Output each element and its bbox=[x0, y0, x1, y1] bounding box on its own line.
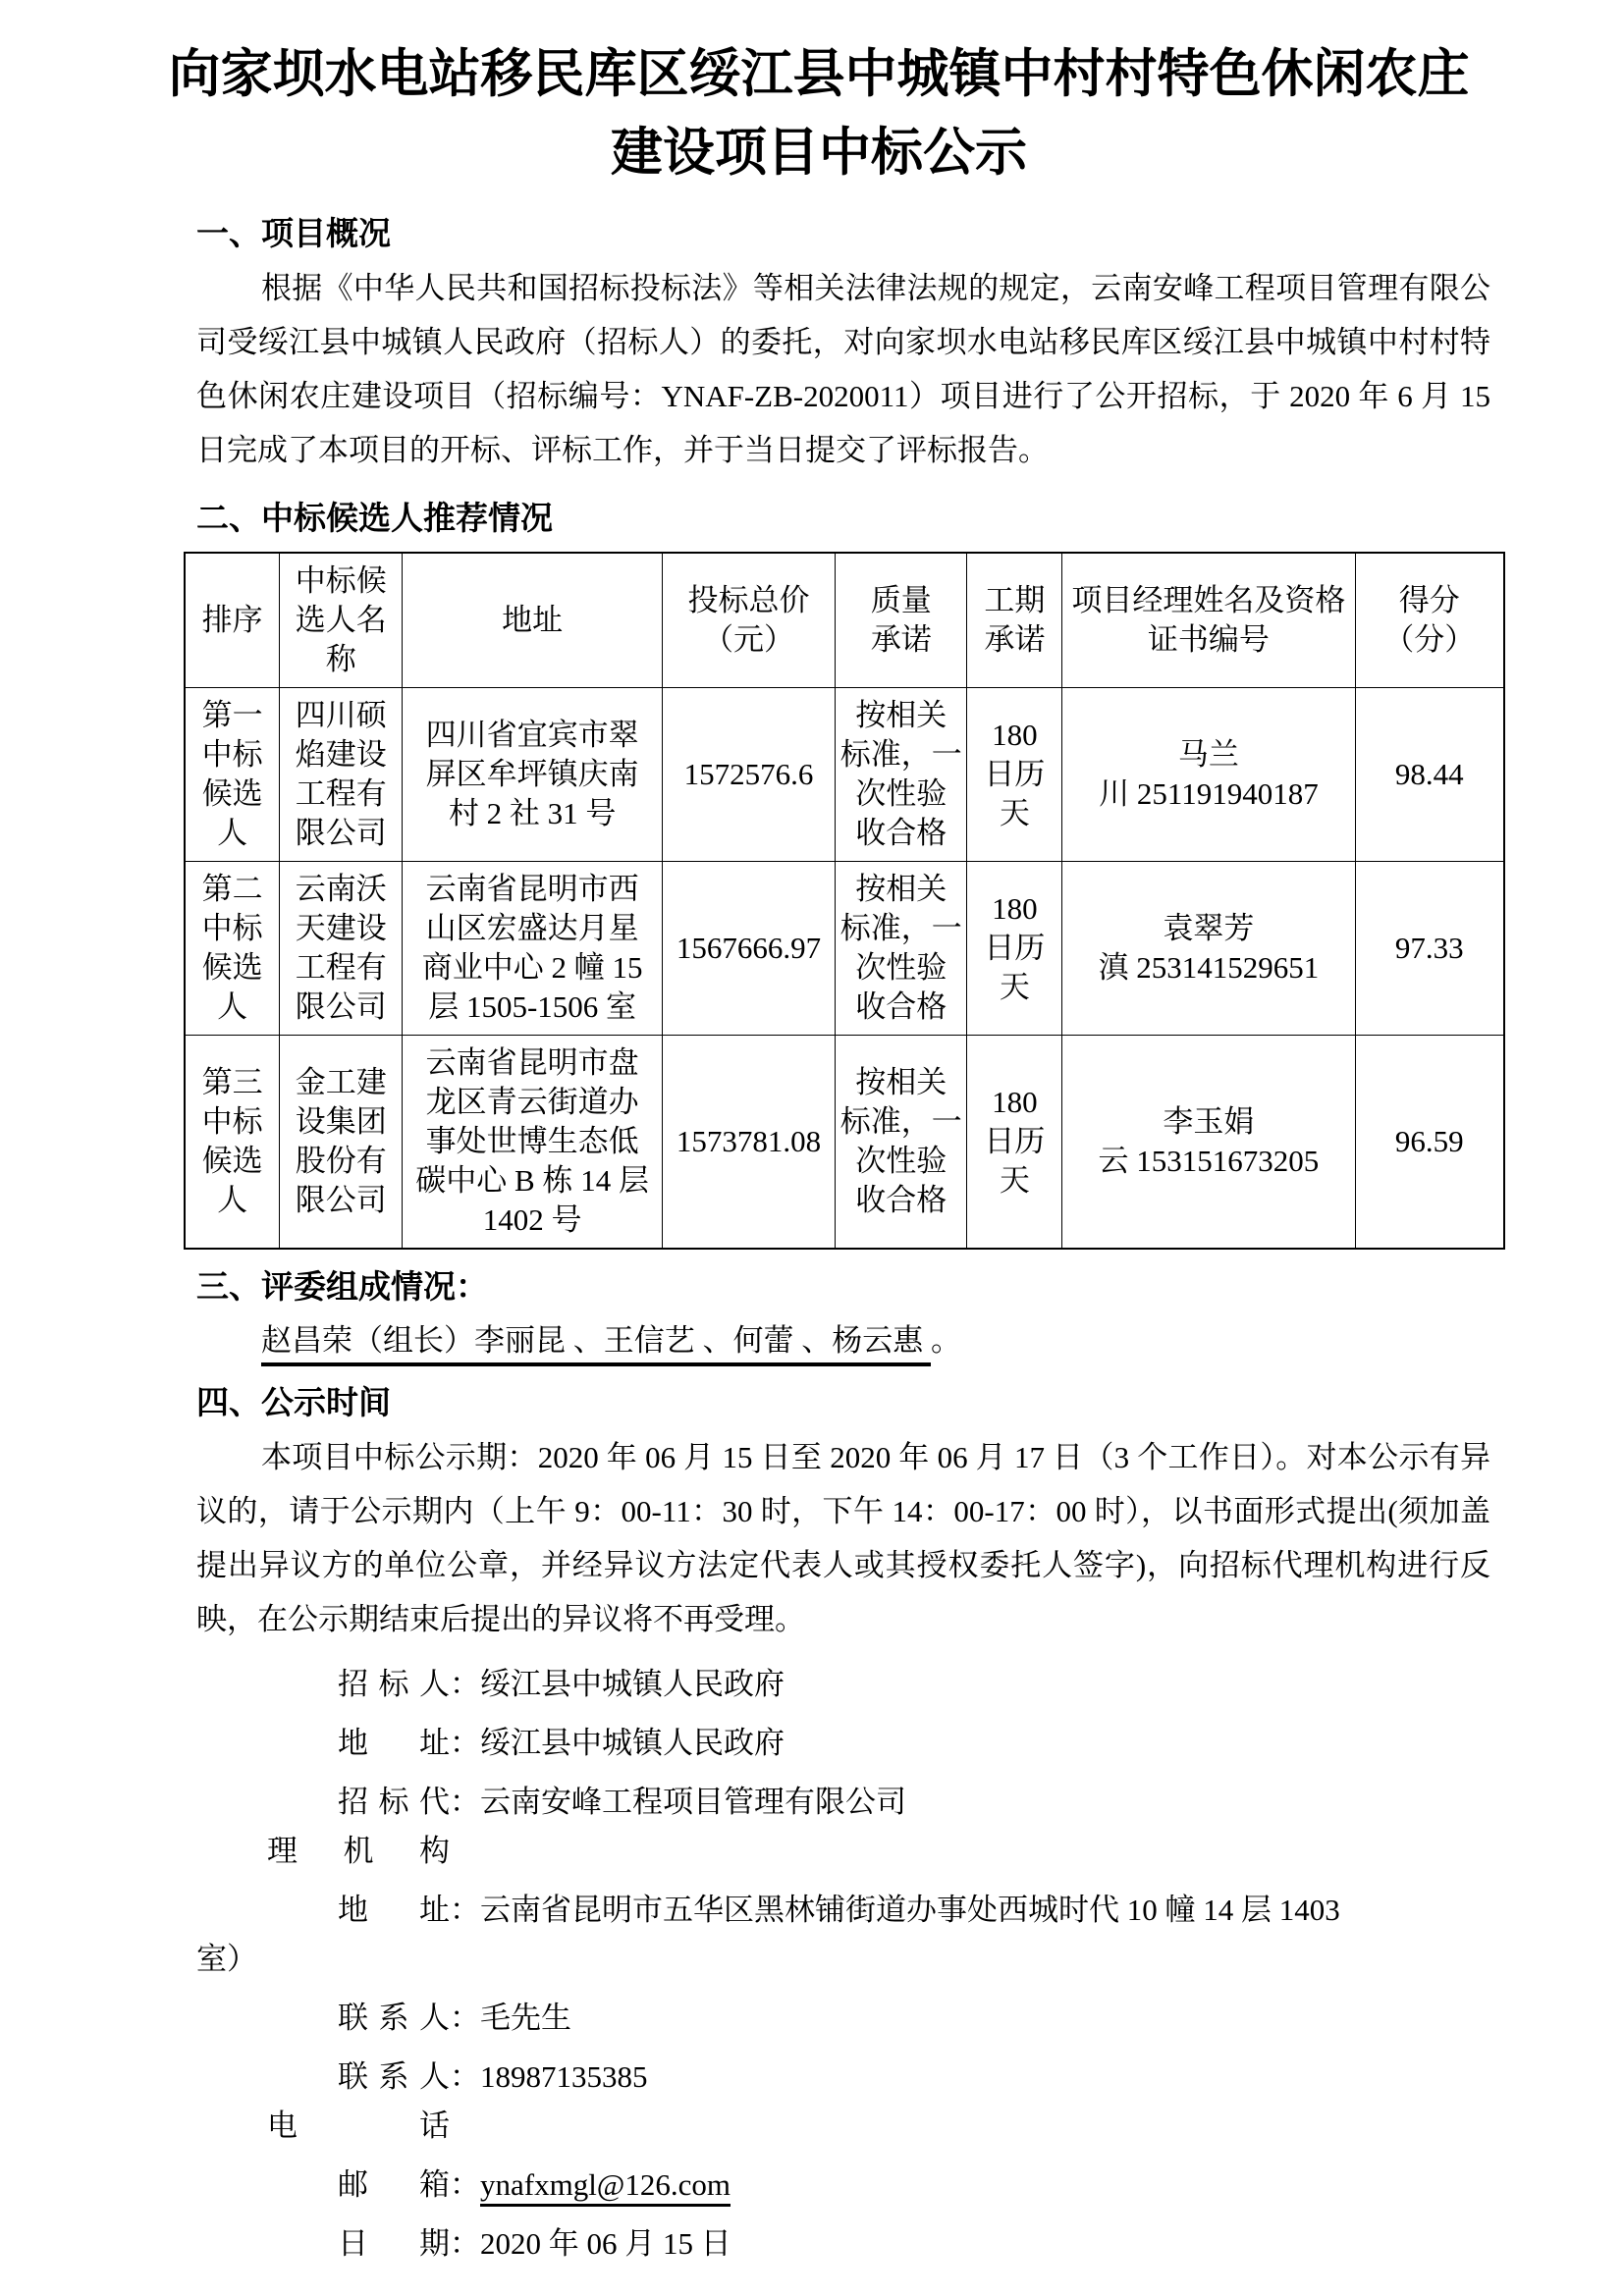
cell-duration: 180 日历 天 bbox=[967, 688, 1062, 862]
section1-heading: 一、项目概况 bbox=[196, 214, 1490, 253]
contact-line-phone: 联系人电话：18987135385 bbox=[196, 2053, 1490, 2151]
document-page: 向家坝水电站移民库区绥江县中城镇中村村特色休闲农庄 建设项目中标公示 一、项目概… bbox=[0, 0, 1624, 2296]
cell-rank: 第三 中标 候选 人 bbox=[185, 1036, 280, 1250]
contact-line-bidder: 招标人：绥江县中城镇人民政府 bbox=[196, 1660, 1490, 1709]
contact-label: 地址 bbox=[267, 1886, 450, 1935]
contact-value-agency: 云南安峰工程项目管理有限公司 bbox=[480, 1785, 906, 1819]
cell-manager: 袁翠芳 滇 253141529651 bbox=[1062, 862, 1355, 1036]
table-header-manager: 项目经理姓名及资格 证书编号 bbox=[1062, 553, 1355, 688]
contact-line-agency: 招标代理机构：云南安峰工程项目管理有限公司 bbox=[196, 1778, 1490, 1876]
section4-paragraph: 本项目中标公示期：2020 年 06 月 15 日至 2020 年 06 月 1… bbox=[196, 1430, 1490, 1646]
title-line-2: 建设项目中标公示 bbox=[147, 114, 1490, 192]
contact-line-person: 联系人：毛先生 bbox=[196, 1994, 1490, 2043]
section3-heading: 三、评委组成情况： bbox=[196, 1267, 1490, 1307]
cell-address: 云南省昆明市盘 龙区青云街道办 事处世博生态低 碳中心 B 栋 14 层 140… bbox=[403, 1036, 663, 1250]
contact-colon: ： bbox=[450, 2167, 480, 2202]
title-line-1: 向家坝水电站移民库区绥江县中城镇中村村特色休闲农庄 bbox=[147, 35, 1490, 114]
section2-heading: 二、中标候选人推荐情况 bbox=[196, 499, 1490, 538]
contact-colon: ： bbox=[450, 2226, 480, 2261]
evaluators-names: 赵昌荣（组长）李丽昆 、王信艺 、何蕾 、杨云惠 bbox=[261, 1323, 931, 1366]
cell-rank: 第一 中标 候选 人 bbox=[185, 688, 280, 862]
cell-quality: 按相关 标准，一 次性验 收合格 bbox=[836, 688, 967, 862]
contact-line-agency-address: 地址：云南省昆明市五华区黑林铺街道办事处西城时代 10 幢 14 层 1403 … bbox=[196, 1886, 1490, 1984]
email-link[interactable]: ynafxmgl@126.com bbox=[480, 2167, 731, 2207]
cell-candidate-name: 四川硕 焰建设 工程有 限公司 bbox=[280, 688, 403, 862]
contact-label: 联系人 bbox=[267, 1994, 450, 2043]
table-row: 第三 中标 候选 人 金工建 设集团 股份有 限公司 云南省昆明市盘 龙区青云街… bbox=[185, 1036, 1504, 1250]
contact-colon: ： bbox=[450, 1785, 480, 1819]
contact-value-date: 2020 年 06 月 15 日 bbox=[480, 2226, 731, 2261]
table-header-rank: 排序 bbox=[185, 553, 280, 688]
table-header-duration: 工期 承诺 bbox=[967, 553, 1062, 688]
contact-label: 邮箱 bbox=[267, 2161, 450, 2210]
cell-quality: 按相关 标准，一 次性验 收合格 bbox=[836, 862, 967, 1036]
contact-colon: ： bbox=[450, 1726, 480, 1760]
cell-duration: 180 日历 天 bbox=[967, 862, 1062, 1036]
cell-address: 云南省昆明市西 山区宏盛达月星 商业中心 2 幢 15 层 1505-1506 … bbox=[403, 862, 663, 1036]
contact-label: 联系人电话 bbox=[267, 2053, 450, 2151]
bid-candidates-table: 排序 中标候 选人名 称 地址 投标总价 （元） 质量 承诺 工期 承诺 项目经… bbox=[184, 552, 1505, 1250]
cell-quality: 按相关 标准，一 次性验 收合格 bbox=[836, 1036, 967, 1250]
cell-manager: 马兰 川 251191940187 bbox=[1062, 688, 1355, 862]
cell-candidate-name: 金工建 设集团 股份有 限公司 bbox=[280, 1036, 403, 1250]
section1-paragraph: 根据《中华人民共和国招标投标法》等相关法律法规的规定，云南安峰工程项目管理有限公… bbox=[196, 261, 1490, 477]
cell-duration: 180 日历 天 bbox=[967, 1036, 1062, 1250]
table-row: 第一 中标 候选 人 四川硕 焰建设 工程有 限公司 四川省宜宾市翠 屏区牟坪镇… bbox=[185, 688, 1504, 862]
cell-candidate-name: 云南沃 天建设 工程有 限公司 bbox=[280, 862, 403, 1036]
contact-colon: ： bbox=[450, 1893, 480, 1927]
table-header-row: 排序 中标候 选人名 称 地址 投标总价 （元） 质量 承诺 工期 承诺 项目经… bbox=[185, 553, 1504, 688]
contact-label: 日期 bbox=[267, 2219, 450, 2269]
cell-score: 97.33 bbox=[1355, 862, 1504, 1036]
evaluators-line: 赵昌荣（组长）李丽昆 、王信艺 、何蕾 、杨云惠 。 bbox=[196, 1316, 1490, 1365]
contact-value-bidder: 绥江县中城镇人民政府 bbox=[480, 1667, 785, 1701]
contact-colon: ： bbox=[450, 1667, 480, 1701]
cell-manager: 李玉娟 云 153151673205 bbox=[1062, 1036, 1355, 1250]
contact-label: 招标人 bbox=[267, 1660, 450, 1709]
contact-line-email: 邮箱：ynafxmgl@126.com bbox=[196, 2161, 1490, 2210]
contact-value-bidder-address: 绥江县中城镇人民政府 bbox=[480, 1726, 785, 1760]
table-header-candidate-name: 中标候 选人名 称 bbox=[280, 553, 403, 688]
table-header-bid-price: 投标总价 （元） bbox=[663, 553, 836, 688]
contact-value-phone: 18987135385 bbox=[480, 2059, 648, 2094]
cell-score: 96.59 bbox=[1355, 1036, 1504, 1250]
contact-colon: ： bbox=[450, 2001, 480, 2035]
cell-bid-price: 1567666.97 bbox=[663, 862, 836, 1036]
cell-score: 98.44 bbox=[1355, 688, 1504, 862]
contact-line-date: 日期：2020 年 06 月 15 日 bbox=[196, 2219, 1490, 2269]
document-title: 向家坝水电站移民库区绥江县中城镇中村村特色休闲农庄 建设项目中标公示 bbox=[147, 35, 1490, 192]
table-header-quality: 质量 承诺 bbox=[836, 553, 967, 688]
contact-label: 地址 bbox=[267, 1719, 450, 1768]
contact-block: 招标人：绥江县中城镇人民政府 地址：绥江县中城镇人民政府 招标代理机构：云南安峰… bbox=[196, 1660, 1490, 2269]
section4-heading: 四、公示时间 bbox=[196, 1383, 1490, 1422]
cell-address: 四川省宜宾市翠 屏区牟坪镇庆南 村 2 社 31 号 bbox=[403, 688, 663, 862]
cell-rank: 第二 中标 候选 人 bbox=[185, 862, 280, 1036]
contact-value-person: 毛先生 bbox=[480, 2001, 571, 2035]
table-row: 第二 中标 候选 人 云南沃 天建设 工程有 限公司 云南省昆明市西 山区宏盛达… bbox=[185, 862, 1504, 1036]
table-header-address: 地址 bbox=[403, 553, 663, 688]
contact-label: 招标代理机构 bbox=[267, 1778, 450, 1876]
table-header-score: 得分 （分） bbox=[1355, 553, 1504, 688]
cell-bid-price: 1573781.08 bbox=[663, 1036, 836, 1250]
evaluators-period: 。 bbox=[931, 1323, 961, 1358]
cell-bid-price: 1572576.6 bbox=[663, 688, 836, 862]
contact-line-bidder-address: 地址：绥江县中城镇人民政府 bbox=[196, 1719, 1490, 1768]
contact-colon: ： bbox=[450, 2059, 480, 2094]
